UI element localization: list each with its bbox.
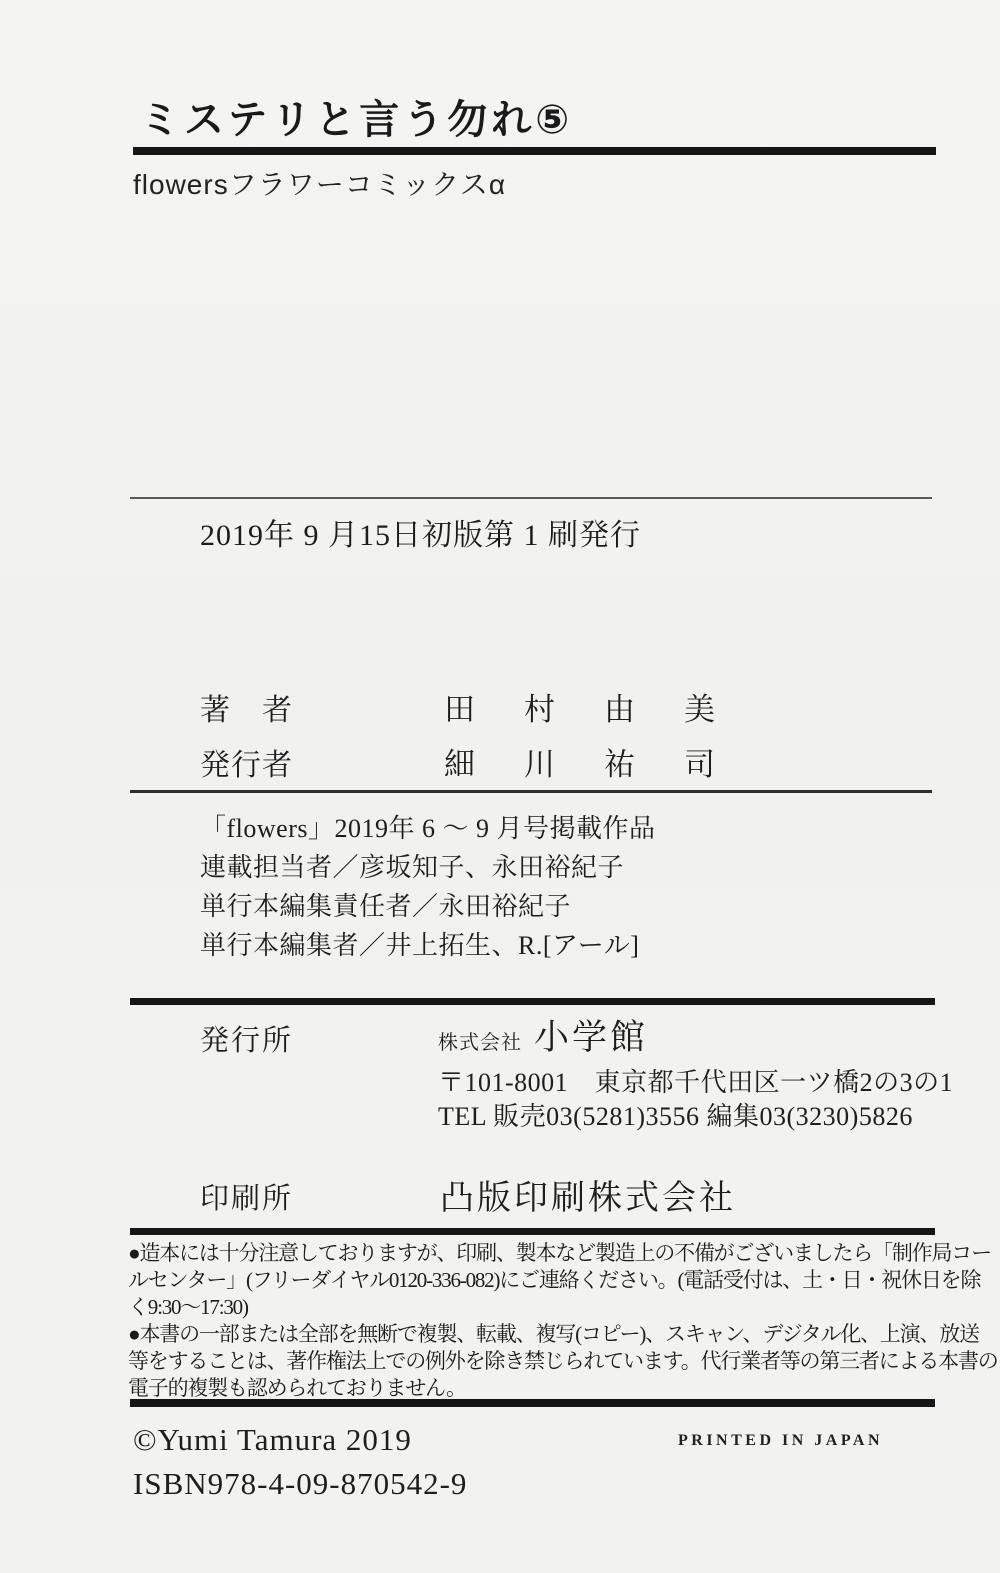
copyright-restriction-notice: ●本書の一部または全部を無断で複製、転載、複写(コピー)、スキャン、デジタル化、… (128, 1321, 943, 1402)
title-divider-rule (133, 147, 936, 155)
publisher-address: 〒101-8001 東京都千代田区一ツ橋2の3の1 (438, 1062, 953, 1099)
magazine-note-line: 単行本編集責任者／永田裕紀子 (200, 887, 655, 926)
credits-divider-rule (130, 790, 932, 793)
series-imprint-label: flowersフラワーコミックスα (133, 163, 506, 203)
book-title: ミステリと言う勿れ⑤ (140, 88, 573, 145)
notice-line: ●造本には十分注意しておりますが、印刷、製本など製造上の不備がございましたら「制… (128, 1240, 943, 1267)
printed-in-japan-label: PRINTED IN JAPAN (678, 1432, 883, 1450)
isbn-number: ISBN978-4-09-870542-9 (133, 1466, 467, 1502)
notice-section-bottom-rule (130, 1399, 935, 1407)
publisher-company-line: 株式会社 小学館 (438, 1010, 648, 1060)
notice-line: 電子的複製も認められておりません。 (128, 1375, 943, 1402)
author-label: 著 者 (200, 685, 444, 729)
publisher-section-rule (130, 998, 935, 1005)
notice-line: く9:30～17:30) (128, 1294, 943, 1321)
publisher-person-label: 発行者 (200, 740, 444, 784)
publisher-person-row: 発行者細川祐司 (200, 739, 764, 784)
copyright-line: ©Yumi Tamura 2019 (133, 1422, 412, 1458)
publisher-company-prefix: 株式会社 (438, 1026, 522, 1055)
binding-defect-notice: ●造本には十分注意しておりますが、印刷、製本など製造上の不備がございましたら「制… (128, 1240, 943, 1321)
printer-name: 凸版印刷株式会社 (440, 1170, 736, 1219)
magazine-note-line: 連載担当者／彦坂知子、永田裕紀子 (200, 848, 655, 887)
colophon-page: ミステリと言う勿れ⑤ flowersフラワーコミックスα 2019年 9 月15… (0, 0, 1000, 1573)
notice-line: ●本書の一部または全部を無断で複製、転載、複写(コピー)、スキャン、デジタル化、… (128, 1321, 943, 1348)
publisher-company-name: 小学館 (534, 1010, 648, 1060)
publisher-label: 発行所 (200, 1018, 293, 1059)
magazine-note-line: 単行本編集者／井上拓生、R.[アール] (200, 926, 655, 965)
notice-line: 等をすることは、著作権法上での例外を除き禁じられています。代行業者等の第三者によ… (128, 1348, 943, 1375)
notice-line: ルセンター」(フリーダイヤル0120-336-082)にご連絡ください。(電話受… (128, 1267, 943, 1294)
publisher-person-name: 細川祐司 (444, 739, 764, 784)
author-row: 著 者田村由美 (200, 684, 764, 729)
notice-section-top-rule (130, 1228, 935, 1235)
edition-date: 2019年 9 月15日初版第 1 刷発行 (200, 510, 641, 554)
edition-divider-rule (130, 497, 932, 499)
printer-label: 印刷所 (200, 1176, 293, 1217)
magazine-note-line: 「flowers」2019年 6 ～ 9 月号掲載作品 (200, 809, 655, 848)
publisher-telephone: TEL 販売03(5281)3556 編集03(3230)5826 (438, 1096, 913, 1133)
author-name: 田村由美 (444, 684, 764, 729)
magazine-notes-block: 「flowers」2019年 6 ～ 9 月号掲載作品 連載担当者／彦坂知子、永… (200, 809, 655, 965)
